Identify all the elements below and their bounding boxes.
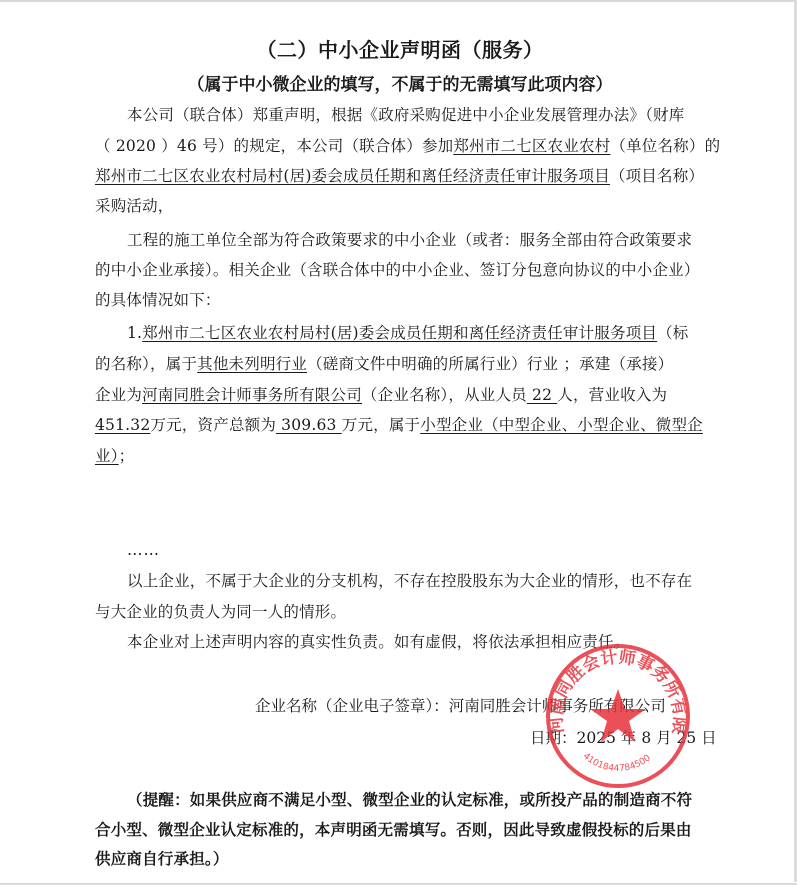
para1-line4: 采购活动， [95, 196, 705, 216]
item1-text: 的名称），属于 [95, 355, 197, 373]
para3-line1: 以上企业，不属于大企业的分支机构，不存在控股股东为大企业的情形，也不存在 [95, 571, 737, 591]
para1-line2: （ 2020 ）46 号）的规定，本公司（联合体）参加郑州市二七区农业农村（单位… [95, 136, 705, 156]
para1-text: （ 2020 ）46 号）的规定，本公司（联合体）参加 [95, 137, 453, 155]
seal-icon: 河南同胜会计师事务所有限公司 4101844784500 [543, 641, 693, 791]
project-name-field: 郑州市二七区农业农村局村(居)委会成员任期和离任经济责任审计服务项目 [95, 167, 610, 185]
para1-text: 采购活动， [95, 197, 174, 215]
svg-text:4101844784500: 4101844784500 [581, 751, 653, 774]
para3-text: 以上企业，不属于大企业的分支机构，不存在控股股东为大企业的情形，也不存在 [127, 572, 692, 590]
industry-field: 其他未列明行业 [197, 355, 307, 373]
item-number: 1. [127, 324, 142, 342]
reminder-text: 供应商自行承担。） [95, 850, 229, 868]
item1-text: 万元，属于 [342, 416, 421, 434]
reminder-text: （提醒：如果供应商不满足小型、微型企业的认定标准，或所投产品的制造商不符 [127, 791, 692, 809]
item1-line4: 451.32万元，资产总额为 309.63 万元，属于小型企业（中型企业、小型企… [95, 415, 705, 435]
revenue-field: 451.32 [95, 416, 150, 434]
item1-text: （磋商文件中明确的所属行业）行业 ；承建（承接） [307, 355, 673, 373]
date-line: 日期：2025 年 8 月 25 日 [530, 728, 717, 748]
item1-text: ； [119, 447, 135, 465]
company-seal: 河南同胜会计师事务所有限公司 4101844784500 [543, 641, 693, 791]
date-value: 2025 年 8 月 25 日 [577, 729, 717, 747]
item1-text: （企业名称），从业人员 [362, 386, 527, 404]
item1-line5: 业）； [95, 446, 705, 466]
reminder-line2: 合小型、微型企业认定标准的，本声明函无需填写。否则，因此导致虚假投标的后果由 [95, 820, 705, 840]
assets-field: 309.63 [276, 416, 342, 434]
para2-line2: 的中小企业承接）。相关企业（含联合体中的中小企业、签订分包意向协议的中小企业） [95, 260, 705, 280]
document-title: （二）中小企业声明函（服务） [95, 34, 705, 63]
para1-text: （项目名称） [610, 167, 704, 185]
item1-text: 万元，资产总额为 [150, 416, 276, 434]
seal-code: 4101844784500 [581, 751, 653, 774]
para4-text: 本企业对上述声明内容的真实性负责。如有虚假，将依法承担相应责任。 [127, 633, 629, 651]
ellipsis: …… [95, 540, 737, 560]
item1-text: 人，营业收入为 [557, 386, 667, 404]
reminder-text: 合小型、微型企业认定标准的，本声明函无需填写。否则，因此导致虚假投标的后果由 [95, 821, 692, 839]
reminder-line3: 供应商自行承担。） [95, 849, 705, 869]
para3-text: 与大企业的负责人为同一人的情形。 [95, 603, 346, 621]
para2-text: 工程的施工单位全部为符合政策要求的中小企业（或者：服务全部由符合政策要求 [127, 231, 692, 249]
para1-text: （单位名称）的 [610, 137, 720, 155]
reminder-line1: （提醒：如果供应商不满足小型、微型企业的认定标准，或所投产品的制造商不符 [95, 790, 737, 810]
para1-text: 本公司（联合体）郑重声明，根据《政府采购促进中小企业发展管理办法》（财库 [127, 106, 684, 124]
para1-line1: 本公司（联合体）郑重声明，根据《政府采购促进中小企业发展管理办法》（财库 [95, 105, 737, 125]
signature-line: 企业名称（企业电子签章）：河南同胜会计师事务所有限公司 [255, 696, 666, 716]
enterprise-size-field-cont: 业） [95, 447, 119, 465]
document-subtitle: （属于中小微企业的填写，不属于的无需填写此项内容） [95, 70, 705, 95]
unit-name-field: 郑州市二七区农业农村 [453, 137, 610, 155]
page-top-border [0, 0, 797, 2]
para2-line3: 的具体情况如下： [95, 290, 705, 310]
employees-field: 22 [527, 386, 557, 404]
item1-line3: 企业为河南同胜会计师事务所有限公司（企业名称），从业人员 22 人，营业收入为 [95, 385, 705, 405]
item1-text: （标 [657, 324, 688, 342]
para1-line3: 郑州市二七区农业农村局村(居)委会成员任期和离任经济责任审计服务项目（项目名称） [95, 166, 705, 186]
svg-text:河南同胜会计师事务所有限公司: 河南同胜会计师事务所有限公司 [543, 641, 690, 735]
bid-name-field: 郑州市二七区农业农村局村(居)委会成员任期和离任经济责任审计服务项目 [142, 324, 657, 342]
item1-text: 企业为 [95, 386, 142, 404]
para2-text: 的具体情况如下： [95, 291, 221, 309]
seal-text: 河南同胜会计师事务所有限公司 [543, 641, 690, 735]
para4-line: 本企业对上述声明内容的真实性负责。如有虚假，将依法承担相应责任。 [95, 632, 737, 652]
para3-line2: 与大企业的负责人为同一人的情形。 [95, 602, 705, 622]
signature-company: 河南同胜会计师事务所有限公司 [449, 697, 666, 715]
enterprise-size-field: 小型企业（中型企业、小型企业、微型企 [420, 416, 703, 434]
date-label: 日期： [530, 729, 577, 747]
para2-line1: 工程的施工单位全部为符合政策要求的中小企业（或者：服务全部由符合政策要求 [95, 230, 737, 250]
para2-text: 的中小企业承接）。相关企业（含联合体中的中小企业、签订分包意向协议的中小企业） [95, 261, 700, 279]
item1-line2: 的名称），属于其他未列明行业（磋商文件中明确的所属行业）行业 ；承建（承接） [95, 354, 705, 374]
signature-label: 企业名称（企业电子签章）： [255, 697, 449, 715]
item1-line1: 1.郑州市二七区农业农村局村(居)委会成员任期和离任经济责任审计服务项目（标 [95, 323, 737, 343]
company-name-field: 河南同胜会计师事务所有限公司 [142, 386, 362, 404]
